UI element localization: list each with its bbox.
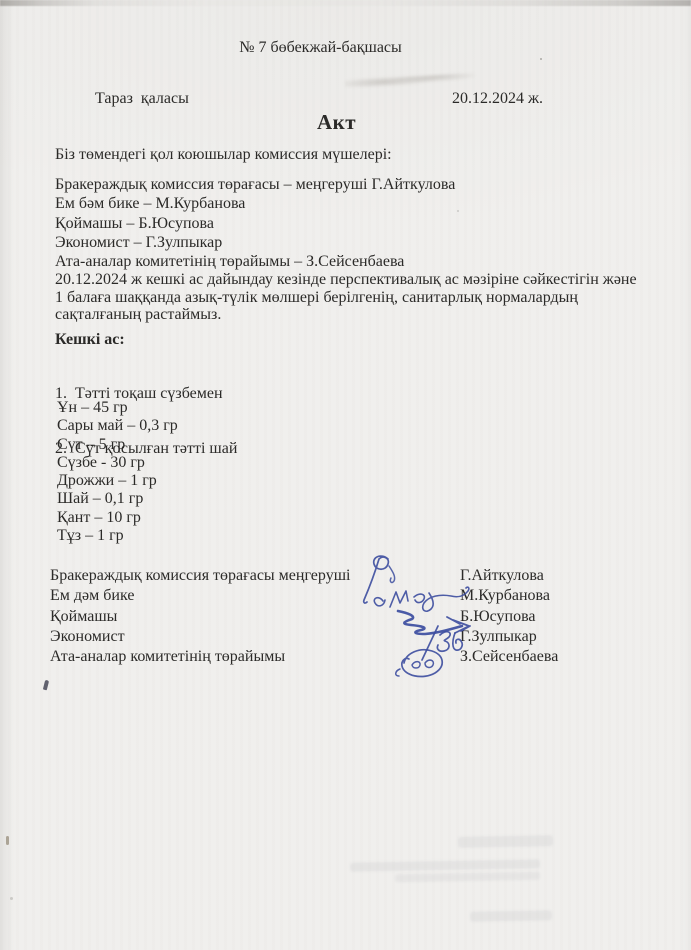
ingredient-item: Қант – 10 гр (57, 509, 178, 527)
dust-speck (10, 897, 13, 900)
statement-text: 20.12.2024 ж кешкі ас дайындау кезінде п… (55, 271, 665, 324)
ingredient-item: Сүзбе - 30 гр (57, 454, 178, 472)
date-label: 20.12.2024 ж. (452, 90, 543, 108)
signature-block: Бракераждық комиссия төрағасы меңгеруші … (0, 567, 691, 668)
commission-item: Қоймашы – Б.Юсупова (55, 214, 455, 233)
signature-stroke (374, 587, 469, 611)
showthrough-text-artifact (350, 859, 540, 871)
showthrough-text-artifact (395, 872, 540, 883)
commission-list: Бракераждық комиссия төрағасы – меңгеруш… (55, 175, 455, 271)
dust-speck (457, 210, 459, 212)
commission-item: Экономист – Г.Зулпыкар (55, 233, 455, 252)
city-label: Тараз қаласы (95, 90, 189, 108)
signature-stroke (402, 650, 442, 677)
signature-row: Экономист Г.Зулпыкар (0, 628, 691, 648)
commission-item: Ем бәм бике – М.Курбанова (55, 194, 455, 213)
pencil-smudge-artifact (345, 73, 475, 89)
signatory-role: Ата-аналар комитетінің төрайымы (50, 648, 285, 666)
signatory-role: Ем дәм бике (50, 587, 134, 605)
ingredient-item: Шай – 0,1 гр (57, 490, 178, 508)
dust-speck (6, 836, 9, 845)
signatory-role: Қоймашы (50, 608, 117, 626)
commission-item: Бракераждық комиссия төрағасы – меңгеруш… (55, 175, 455, 194)
stray-ink-mark (43, 680, 49, 691)
handwritten-signatures-ink (352, 550, 522, 690)
scanned-document-page: № 7 бөбекжай-бақшасы Тараз қаласы 20.12.… (0, 0, 691, 950)
commission-item: Ата-аналар комитетінің төрайымы – З.Сейс… (55, 252, 455, 271)
meal-heading: Кешкі ас: (55, 331, 125, 349)
ingredient-item: Ұн – 45 гр (57, 399, 178, 417)
signature-stroke (398, 611, 462, 634)
showthrough-text-artifact (470, 910, 552, 921)
intro-text: Біз төмендегі қол коюшылар комиссия мүше… (55, 146, 392, 164)
signature-row: Ем дәм бике М.Курбанова (0, 587, 691, 607)
ingredient-item: Тұз – 1 гр (57, 527, 178, 545)
dust-speck (540, 58, 542, 60)
signatory-role: Бракераждық комиссия төрағасы меңгеруші (50, 567, 350, 585)
page-title: № 7 бөбекжай-бақшасы (239, 39, 402, 57)
act-title: Акт (317, 113, 356, 131)
ingredient-item: Дрожжи – 1 гр (57, 472, 178, 490)
signature-row: Қоймашы Б.Юсупова (0, 608, 691, 628)
scan-edge-artifact (0, 0, 691, 6)
signature-stroke (389, 566, 395, 582)
showthrough-text-artifact (458, 835, 553, 848)
ingredient-item: Сары май – 0,3 гр (57, 417, 178, 435)
signatory-role: Экономист (50, 628, 125, 646)
signature-stroke (447, 617, 470, 633)
signature-row: Ата-аналар комитетінің төрайымы З.Сейсен… (0, 648, 691, 668)
ingredients-list: Ұн – 45 гр Сары май – 0,3 гр Сүт – 5 гр … (57, 399, 178, 545)
signature-row: Бракераждық комиссия төрағасы меңгеруші … (0, 567, 691, 587)
ingredient-item: Сүт – 5 гр (57, 436, 178, 454)
signature-stroke (364, 556, 389, 603)
